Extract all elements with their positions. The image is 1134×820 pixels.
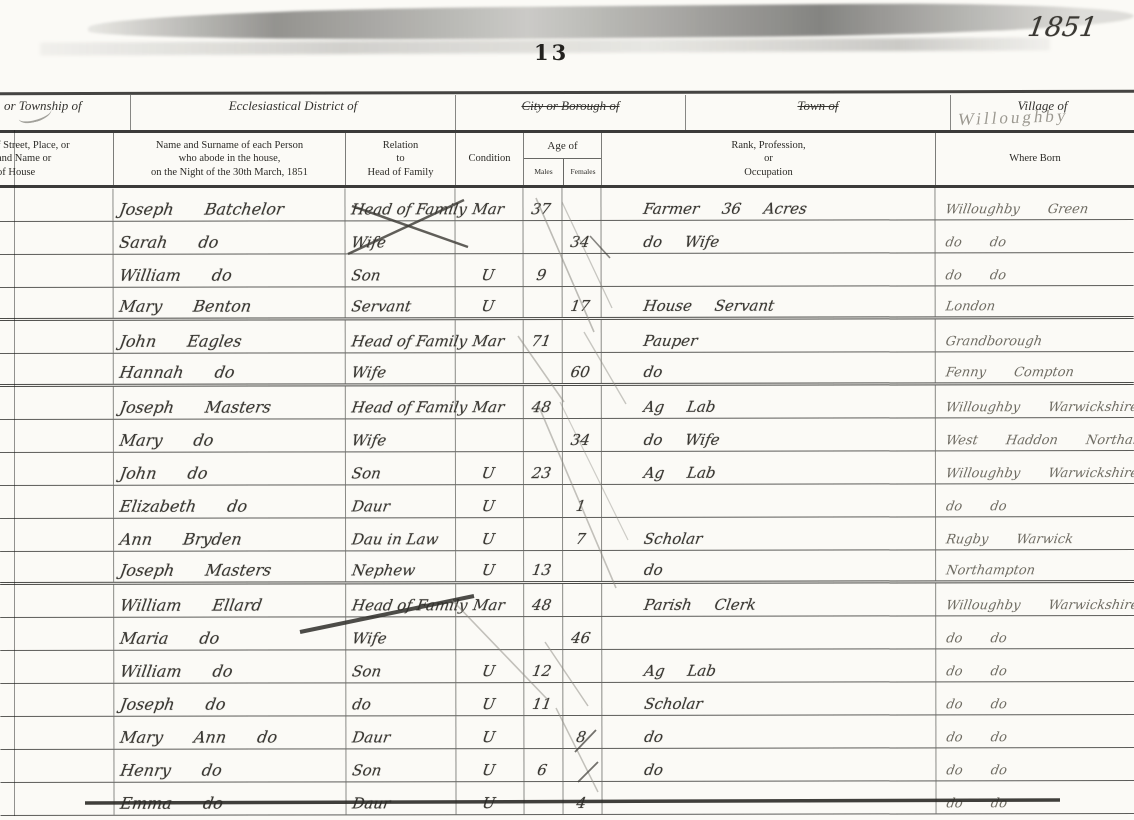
age-males-cell: 23 (523, 452, 562, 484)
occupation-cell: Farmer 36 Acres (600, 187, 934, 220)
occupation-value: Scholar (643, 530, 704, 548)
condition-value: U (481, 728, 496, 746)
age-females-cell (562, 683, 601, 715)
occupation-cell: do (601, 352, 935, 383)
name-cell: John Eagles (113, 320, 345, 352)
occupation-value: do (643, 561, 664, 579)
census-row: Mary do Wife 34 do Wife West Haddon Nort… (0, 418, 1134, 453)
street-cell (0, 387, 113, 419)
name-cell: Hannah do (113, 353, 345, 383)
born-value: do do (945, 697, 1008, 712)
age-females-value: 1 (575, 497, 587, 515)
condition-cell (455, 617, 523, 649)
street-cell (0, 585, 113, 617)
occupation-cell (601, 253, 935, 286)
born-cell: Willoughby Warwickshire (935, 385, 1134, 417)
age-females-cell: 1 (562, 485, 601, 517)
relation-value: do (351, 695, 372, 713)
census-row: Joseph Masters Head of Family Mar 48 Ag … (0, 385, 1134, 420)
born-cell: Willoughby Warwickshire (935, 451, 1134, 483)
occupation-cell: do (601, 550, 935, 581)
name-cell: Maria do (113, 617, 345, 649)
condition-value: Mar (471, 200, 505, 218)
age-males-cell: 11 (523, 683, 562, 715)
condition-value: U (481, 761, 496, 779)
relation-cell: Head of Family (344, 188, 454, 220)
condition-value: Mar (471, 398, 505, 416)
age-males-value: 37 (531, 200, 553, 218)
census-row: Hannah do Wife 60 do Fenny Compton (0, 352, 1134, 387)
year-annotation: 1851 (1026, 12, 1100, 43)
relation-cell: do (345, 683, 455, 715)
condition-value: U (481, 695, 496, 713)
age-females-cell (562, 386, 601, 418)
census-row: Joseph Batchelor Head of Family Mar 37 F… (0, 187, 1134, 222)
age-females-cell: 34 (562, 419, 601, 451)
age-males-value: 23 (531, 464, 553, 482)
relation-value: Wife (350, 431, 387, 449)
col-header-age: Age of Males Females (523, 133, 601, 185)
condition-value: U (481, 464, 496, 482)
relation-value: Daur (351, 728, 392, 746)
occupation-cell: Ag Lab (601, 385, 935, 418)
age-females-cell (562, 452, 601, 484)
col-header-relation: Relation to Head of Family (345, 133, 455, 185)
relation-value: Head of Family (351, 596, 469, 614)
condition-cell: U (455, 716, 523, 748)
condition-value: U (481, 530, 496, 548)
occupation-value: Ag Lab (642, 398, 717, 416)
col-header-street: f Street, Place, or and Name or of House (0, 133, 113, 185)
relation-cell: Daur (345, 485, 455, 517)
name-cell: Mary Benton (113, 287, 345, 317)
condition-value: U (481, 561, 496, 579)
page-number: 13 (534, 40, 569, 65)
born-cell: West Haddon Northampton (935, 418, 1134, 450)
age-females-value: 4 (575, 794, 587, 812)
relation-cell: Son (345, 749, 455, 781)
age-females-value: 46 (570, 629, 592, 647)
age-females-cell: 46 (562, 617, 601, 649)
occupation-cell: House Servant (601, 286, 935, 317)
age-females-cell: 17 (562, 287, 601, 317)
condition-cell: U (455, 782, 523, 814)
street-cell (0, 618, 113, 650)
age-males-cell (523, 221, 562, 253)
occupation-cell: Ag Lab (601, 451, 935, 484)
born-cell: do do (935, 253, 1134, 285)
occupation-value: do (643, 728, 664, 746)
street-cell (0, 684, 113, 716)
occupation-cell: Scholar (601, 517, 935, 550)
age-females-cell (562, 749, 601, 781)
born-value: Rugby Warwick (945, 532, 1074, 547)
person-name: Joseph Masters (119, 561, 273, 580)
occupation-cell (601, 616, 935, 649)
born-cell: do do (935, 220, 1134, 252)
born-cell: London (935, 286, 1134, 316)
relation-cell: Wife (345, 419, 455, 451)
name-cell: Henry do (113, 749, 345, 781)
census-row: Joseph do do U 11 Scholar do do (0, 682, 1134, 717)
person-name: John do (118, 464, 209, 483)
born-cell: Grandborough (935, 319, 1134, 351)
born-value: Fenny Compton (945, 365, 1075, 380)
census-row: John do Son U 23 Ag Lab Willoughby Warwi… (0, 451, 1134, 486)
relation-value: Daur (351, 497, 392, 515)
relation-value: Wife (350, 363, 387, 381)
name-cell: William do (113, 254, 345, 286)
census-row: Maria do Wife 46 do do (0, 616, 1134, 651)
person-name: William Ellard (119, 596, 264, 615)
age-females-cell (562, 551, 601, 581)
born-cell: do do (935, 748, 1134, 780)
person-name: Ann Bryden (119, 530, 244, 549)
occupation-value: Parish Clerk (643, 596, 758, 614)
age-females-value: 60 (570, 363, 592, 381)
scan-smudge (88, 1, 1134, 42)
name-cell: Mary do (113, 419, 345, 451)
occupation-value: Ag Lab (643, 662, 718, 680)
age-females-value: 8 (575, 728, 587, 746)
street-cell (0, 453, 113, 485)
person-name: Henry do (119, 761, 223, 780)
occupation-value: Farmer 36 Acres (642, 200, 808, 218)
age-males-value: 13 (531, 561, 553, 579)
occupation-value: do Wife (642, 233, 721, 251)
col-header-age-males: Males (524, 159, 563, 185)
city-borough-header: City or Borough of (455, 95, 685, 130)
born-cell: do do (935, 649, 1134, 681)
person-name: Mary do (118, 431, 215, 450)
age-females-value: 34 (570, 431, 592, 449)
census-row: Mary Ann do Daur U 8 do do do (0, 715, 1134, 750)
person-name: William do (119, 662, 234, 681)
census-row: Henry do Son U 6 do do do (0, 748, 1134, 783)
street-cell (0, 420, 113, 452)
census-row: William do Son U 9 do do (0, 253, 1134, 288)
age-males-cell (523, 518, 562, 550)
born-value: do do (945, 730, 1008, 745)
street-cell (0, 222, 113, 254)
name-cell: John do (113, 452, 345, 484)
person-name: Joseph do (119, 695, 227, 714)
relation-cell: Son (345, 254, 455, 286)
census-row: Elizabeth do Daur U 1 do do (0, 484, 1134, 519)
born-value: Willoughby Warwickshire (945, 400, 1134, 415)
census-row: John Eagles Head of Family Mar 71 Pauper… (0, 319, 1134, 354)
age-males-value: 12 (531, 662, 553, 680)
street-cell (0, 255, 113, 287)
occupation-value: Scholar (643, 695, 704, 713)
name-cell: Ann Bryden (113, 518, 345, 550)
condition-cell: U (455, 650, 523, 682)
condition-cell: U (455, 254, 523, 286)
relation-cell: Servant (345, 287, 455, 317)
occupation-cell (601, 781, 935, 814)
age-females-cell (562, 320, 601, 352)
name-cell: Joseph Masters (113, 551, 345, 581)
relation-cell: Son (345, 452, 455, 484)
born-value: do do (944, 235, 1007, 250)
relation-cell: Nephew (345, 551, 455, 581)
person-name: Mary Ann do (119, 728, 279, 747)
col-header-born: Where Born (935, 133, 1134, 185)
age-females-value: 17 (570, 297, 592, 315)
age-males-value: 6 (536, 761, 548, 779)
name-cell: Joseph Batchelor (112, 188, 344, 220)
age-females-value: 34 (570, 233, 592, 251)
condition-value: U (481, 497, 496, 515)
street-cell (0, 486, 113, 518)
ecclesiastical-district-header: Ecclesiastical District of (130, 95, 455, 130)
occupation-cell: Scholar (601, 682, 935, 715)
census-row: William do Son U 12 Ag Lab do do (0, 649, 1134, 684)
condition-value: U (481, 794, 496, 812)
age-males-value: 48 (531, 398, 553, 416)
name-cell: William do (113, 650, 345, 682)
relation-cell: Head of Family (345, 584, 455, 616)
relation-cell: Wife (345, 617, 455, 649)
age-males-cell: 9 (523, 254, 562, 286)
occupation-value: do Wife (642, 431, 721, 449)
born-value: Northampton (945, 563, 1036, 578)
born-value: do do (945, 664, 1008, 679)
relation-cell: Wife (345, 221, 455, 253)
name-cell: Mary Ann do (113, 716, 345, 748)
age-males-cell (523, 287, 562, 317)
person-name: Emma do (119, 794, 225, 813)
condition-value: Mar (471, 332, 505, 350)
relation-cell: Dau in Law (345, 518, 455, 550)
condition-value: U (480, 297, 495, 315)
census-row: Joseph Masters Nephew U 13 do Northampto… (0, 550, 1134, 585)
born-cell: Rugby Warwick (935, 517, 1134, 549)
relation-value: Son (351, 662, 383, 680)
born-value: West Haddon Northampton (945, 433, 1134, 448)
occupation-value: House Servant (642, 297, 775, 315)
occupation-cell: do (601, 715, 935, 748)
census-row: Sarah do Wife 34 do Wife do do (0, 220, 1134, 255)
census-table: f Street, Place, or and Name or of House… (0, 130, 1134, 815)
relation-cell: Daur (345, 782, 455, 814)
age-males-value: 71 (531, 332, 553, 350)
born-value: do do (945, 631, 1008, 646)
occupation-value: do (643, 761, 664, 779)
condition-cell (455, 353, 523, 383)
col-header-condition: Condition (455, 133, 523, 185)
census-table-body: Joseph Batchelor Head of Family Mar 37 F… (0, 187, 1134, 816)
age-females-cell: 34 (562, 221, 601, 253)
condition-cell: U (455, 749, 523, 781)
relation-value: Servant (350, 297, 412, 315)
age-males-cell: 48 (523, 584, 562, 616)
relation-cell: Son (345, 650, 455, 682)
age-males-cell (523, 782, 562, 814)
town-label: Town of (797, 98, 838, 113)
census-row: Mary Benton Servant U 17 House Servant L… (0, 286, 1134, 321)
condition-value: Mar (472, 596, 506, 614)
occupation-value: Ag Lab (643, 464, 718, 482)
person-name: John Eagles (118, 332, 243, 351)
age-females-cell: 7 (562, 518, 601, 550)
condition-cell: U (455, 683, 523, 715)
name-cell: Elizabeth do (113, 485, 345, 517)
age-males-cell: 37 (522, 188, 561, 220)
name-cell: Emma do (113, 782, 345, 814)
relation-value: Wife (350, 233, 387, 251)
born-value: do do (944, 268, 1007, 283)
person-name: Joseph Batchelor (118, 199, 285, 218)
relation-value: Head of Family (350, 398, 468, 416)
name-cell: Sarah do (113, 221, 345, 253)
relation-value: Wife (351, 629, 388, 647)
age-females-cell: 60 (562, 353, 601, 383)
born-cell: Willoughby Warwickshire (935, 583, 1134, 615)
age-females-value: 7 (575, 530, 587, 548)
street-cell (0, 321, 113, 353)
person-name: William do (118, 266, 233, 285)
born-cell: Willoughby Green (934, 187, 1133, 219)
born-cell: do do (935, 616, 1134, 648)
age-males-cell: 48 (523, 386, 562, 418)
relation-cell: Head of Family (345, 320, 455, 352)
relation-value: Son (351, 464, 383, 482)
born-cell: Northampton (935, 550, 1134, 580)
condition-value: U (481, 662, 496, 680)
age-males-cell (523, 485, 562, 517)
occupation-cell: Pauper (601, 319, 935, 352)
age-males-cell (523, 353, 562, 383)
relation-cell: Head of Family (345, 386, 455, 418)
condition-cell (455, 419, 523, 451)
age-males-cell (523, 617, 562, 649)
village-handwritten-value: Willoughby (957, 106, 1070, 130)
born-cell: do do (935, 682, 1134, 714)
age-males-value: 9 (535, 266, 547, 284)
person-name: Mary Benton (118, 297, 253, 316)
street-cell (0, 552, 113, 582)
relation-value: Dau in Law (351, 530, 440, 548)
age-males-value: 48 (531, 596, 553, 614)
relation-value: Son (351, 761, 383, 779)
born-cell: do do (935, 484, 1134, 516)
born-value: Grandborough (945, 334, 1044, 349)
relation-cell: Daur (345, 716, 455, 748)
born-cell: do do (935, 715, 1134, 747)
occupation-value: do (642, 363, 663, 381)
census-table-header: f Street, Place, or and Name or of House… (0, 130, 1134, 188)
condition-cell: U (455, 452, 523, 484)
age-males-value: 11 (531, 695, 553, 713)
relation-cell: Wife (345, 353, 455, 383)
street-cell (0, 750, 113, 782)
age-females-cell: 8 (562, 716, 601, 748)
born-value: do do (945, 763, 1008, 778)
age-males-cell: 13 (523, 551, 562, 581)
age-females-cell (562, 650, 601, 682)
city-borough-label: City or Borough of (521, 98, 619, 113)
town-header: Town of (685, 95, 950, 130)
street-cell (0, 288, 113, 318)
born-value: do do (945, 499, 1008, 514)
col-header-name: Name and Surname of each Person who abod… (113, 133, 345, 185)
col-header-occupation: Rank, Profession, or Occupation (601, 133, 935, 185)
census-row: William Ellard Head of Family Mar 48 Par… (0, 583, 1134, 618)
occupation-cell: do Wife (601, 220, 935, 253)
street-cell (0, 519, 113, 551)
occupation-cell: Ag Lab (601, 649, 935, 682)
name-cell: William Ellard (113, 584, 345, 616)
relation-value: Daur (351, 794, 392, 812)
census-row: Ann Bryden Dau in Law U 7 Scholar Rugby … (0, 517, 1134, 552)
person-name: Hannah do (118, 363, 236, 382)
age-females-cell (562, 584, 601, 616)
age-females-cell: 4 (562, 782, 601, 814)
occupation-cell: do (601, 748, 935, 781)
occupation-cell: do Wife (601, 418, 935, 451)
born-cell: Fenny Compton (935, 352, 1134, 382)
street-cell (0, 354, 113, 384)
born-value: Willoughby Green (944, 202, 1089, 217)
condition-cell: U (455, 485, 523, 517)
condition-cell (455, 221, 523, 253)
street-cell (0, 189, 113, 221)
born-cell: do do (935, 781, 1134, 813)
census-row: Emma do Daur U 4 do do (0, 781, 1134, 816)
ecclesiastical-label: Ecclesiastical District of (229, 98, 358, 113)
name-cell: Joseph Masters (113, 386, 345, 418)
col-header-age-females: Females (563, 159, 602, 185)
born-value: Willoughby Warwickshire (945, 466, 1134, 481)
name-cell: Joseph do (113, 683, 345, 715)
condition-cell: U (455, 287, 523, 317)
relation-value: Son (350, 266, 382, 284)
occupation-cell (601, 484, 935, 517)
relation-value: Head of Family (350, 200, 468, 218)
street-cell (0, 783, 113, 815)
relation-value: Nephew (351, 561, 417, 579)
person-name: Joseph Masters (118, 398, 272, 417)
person-name: Elizabeth do (119, 497, 249, 516)
street-cell (0, 651, 113, 683)
occupation-value: Pauper (642, 332, 698, 350)
occupation-cell: Parish Clerk (601, 583, 935, 616)
condition-cell: U (455, 518, 523, 550)
age-females-cell (561, 188, 600, 220)
street-cell (0, 717, 113, 749)
age-males-cell: 71 (523, 320, 562, 352)
age-males-cell: 6 (523, 749, 562, 781)
person-name: Maria do (119, 629, 221, 648)
born-value: Willoughby Warwickshire (945, 598, 1134, 613)
person-name: Sarah do (118, 233, 220, 252)
condition-cell: U (455, 551, 523, 581)
age-males-cell (523, 419, 562, 451)
census-scan-page: 13 1851 or Township of Ecclesiastical Di… (0, 0, 1134, 820)
born-value: do do (945, 796, 1008, 811)
age-males-cell: 12 (523, 650, 562, 682)
condition-value: U (480, 266, 495, 284)
age-males-cell (523, 716, 562, 748)
age-females-cell (562, 254, 601, 286)
born-value: London (944, 299, 996, 314)
relation-value: Head of Family (350, 332, 468, 350)
